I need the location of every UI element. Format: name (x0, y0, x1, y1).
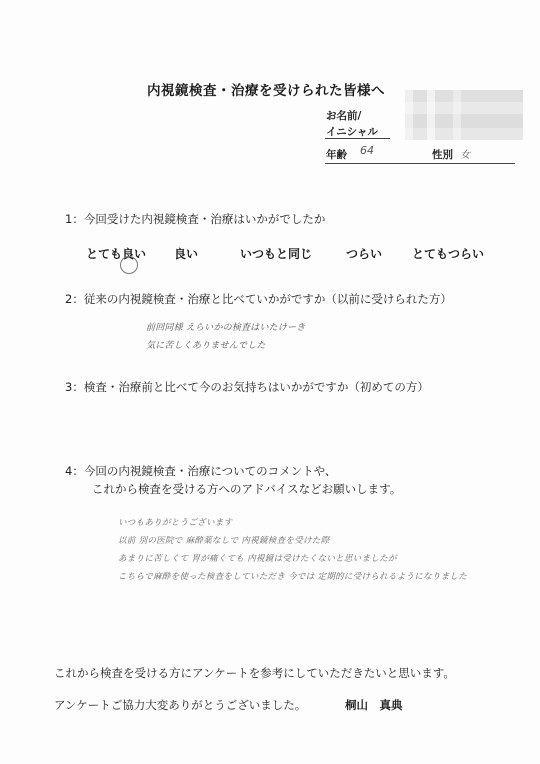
age-sex-underline (325, 163, 515, 164)
question-4-number: 4： (65, 464, 84, 478)
document-title: 内視鏡検査・治療を受けられた皆様へ (147, 79, 385, 99)
question-2-answer-line-2: 気に苦しくありませんでした (146, 338, 266, 351)
question-1: 1：今回受けた内視鏡検査・治療はいかがでしたか (65, 211, 325, 227)
footer-signature: 桐山 真典 (345, 697, 403, 713)
age-value: 64 (360, 144, 374, 157)
name-label: お名前/ (326, 108, 361, 123)
sex-value: 女 (460, 146, 470, 161)
question-3-text: 検査・治療前と比べて今のお気持ちはいかがですか（初めての方） (84, 380, 429, 394)
option-very-good[interactable]: とても良い (86, 245, 146, 262)
question-2-answer-line-1: 前回同様 えらいかの検査はいたけーき (146, 320, 305, 333)
initial-underline (325, 138, 390, 139)
sex-label: 性別 (432, 147, 453, 162)
footer-line-2: アンケートご協力大変ありがとうございました。 (54, 697, 306, 713)
question-4-answer-line-2: 以前 別の医院で 麻酔薬なしで 内視鏡検査を受けた際 (118, 534, 329, 546)
question-4-text-line-1: 今回の内視鏡検査・治療についてのコメントや、 (84, 464, 337, 478)
question-4-answer-line-1: いつもありがとうございます (118, 516, 232, 528)
redacted-name-area (405, 90, 523, 140)
question-4-text-line-2: これから検査を受ける方へのアドバイスなどお願いします。 (92, 481, 401, 497)
question-1-number: 1： (65, 212, 84, 226)
selected-circle-icon (120, 256, 138, 274)
question-2: 2：従来の内視鏡検査・治療と比べていかがですか（以前に受けられた方） (65, 291, 452, 307)
question-3-number: 3： (65, 380, 84, 394)
question-2-number: 2： (65, 292, 84, 306)
option-painful[interactable]: つらい (346, 245, 382, 262)
question-4-answer-line-3: あまりに苦しくて 胃が痛くても 内視鏡は受けたくないと思いましたが (118, 552, 397, 564)
age-label: 年齢 (326, 147, 347, 162)
question-4-answer-line-4: こちらで麻酔を使った検査をしていただき 今では 定期的に受けられるようになりまし… (118, 570, 467, 582)
initial-label: イニシャル (326, 124, 378, 139)
footer-line-1: これから検査を受ける方にアンケートを参考にしていただきたいと思います。 (54, 665, 455, 681)
option-same-as-usual[interactable]: いつもと同じ (240, 245, 312, 262)
question-1-text: 今回受けた内視鏡検査・治療はいかがでしたか (84, 212, 326, 226)
option-very-painful[interactable]: とてもつらい (412, 245, 484, 262)
option-good[interactable]: 良い (174, 245, 198, 262)
question-2-text: 従来の内視鏡検査・治療と比べていかがですか（以前に受けられた方） (84, 292, 452, 306)
question-4: 4：今回の内視鏡検査・治療についてのコメントや、 (65, 463, 336, 479)
question-3: 3：検査・治療前と比べて今のお気持ちはいかがですか（初めての方） (65, 379, 429, 395)
